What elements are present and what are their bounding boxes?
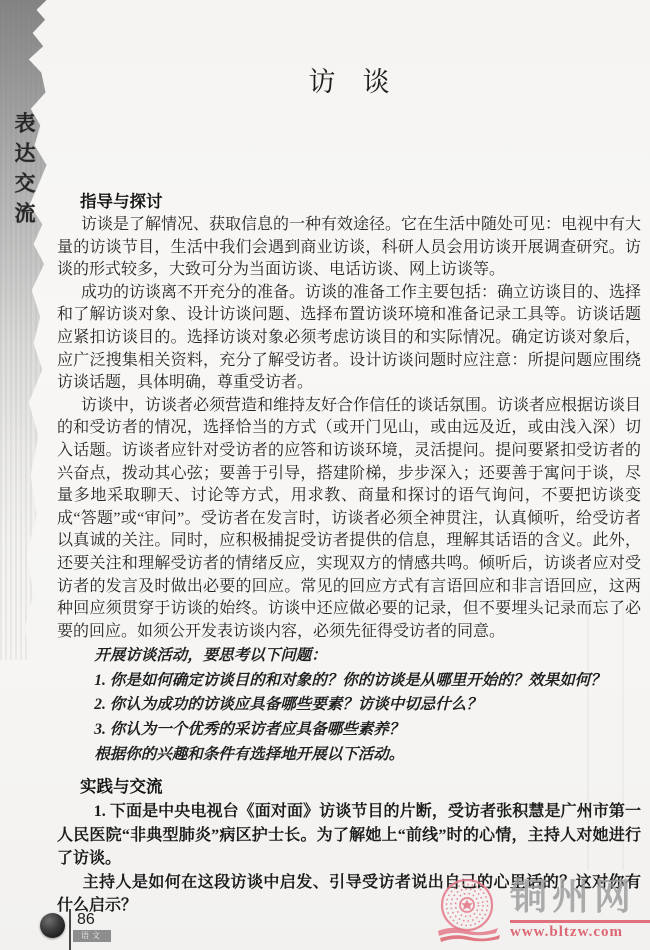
guidance-questions-block: 开展访谈活动，要思考以下问题： 1. 你是如何确定访谈目的和对象的？你的访谈是从… [57, 644, 641, 767]
page-content: 访 谈 指导与探讨 访谈是了解情况、获取信息的一种有效途径。它在生活中随处可见：… [57, 0, 641, 918]
practice-heading: 实践与交流 [57, 778, 641, 796]
questions-outro: 根据你的兴趣和条件有选择地开展以下活动。 [57, 743, 641, 768]
scan-crease [587, 600, 589, 870]
watermark-seal-icon [436, 878, 504, 946]
questions-intro: 开展访谈活动，要思考以下问题： [57, 644, 641, 669]
watermark-text: 铜州网 www.bltzw.com [510, 878, 650, 941]
seal-ribbon [440, 935, 500, 942]
page-title: 访 谈 [57, 66, 641, 98]
guidance-paragraph: 访谈中，访谈者必须营造和维持友好合作信任的谈话氛围。访谈者应根据访谈目的和受访者… [57, 395, 641, 644]
page-footer: 86 语文 [40, 903, 120, 949]
question-item: 1. 你是如何确定访谈目的和对象的？你的访谈是从哪里开始的？效果如何？ [57, 669, 641, 694]
watermark-site-url: www.bltzw.com [510, 924, 623, 941]
unit-label: 表达交流 [9, 112, 39, 232]
question-item: 2. 你认为成功的访谈应具备哪些要素？访谈中切忌什么？ [57, 693, 641, 718]
book-label: 语文 [73, 930, 111, 942]
scan-crease [622, 600, 624, 870]
watermark-rule [510, 920, 650, 923]
page-number: 86 [77, 911, 95, 929]
practice-paragraph: 1. 下面是中央电视台《面对面》访谈节目的片断，受访者张积慧是广州市第一人民医院… [57, 800, 641, 871]
question-item: 3. 你认为一个优秀的采访者应具备哪些素养？ [57, 718, 641, 743]
seal-flower [461, 900, 473, 910]
guidance-paragraph: 访谈是了解情况、获取信息的一种有效途径。它在生活中随处可见：电视中有大量的访谈节… [57, 214, 641, 282]
page-dot-icon [40, 913, 65, 938]
site-watermark: 铜州网 www.bltzw.com [436, 878, 646, 946]
guidance-paragraph: 成功的访谈离不开充分的准备。访谈的准备工作主要包括：确立访谈目的、选择和了解访谈… [57, 282, 641, 395]
unit-side-band [0, 0, 48, 660]
watermark-site-name: 铜州网 [510, 878, 636, 918]
guidance-heading: 指导与探讨 [57, 193, 641, 211]
footer-divider [69, 909, 71, 950]
